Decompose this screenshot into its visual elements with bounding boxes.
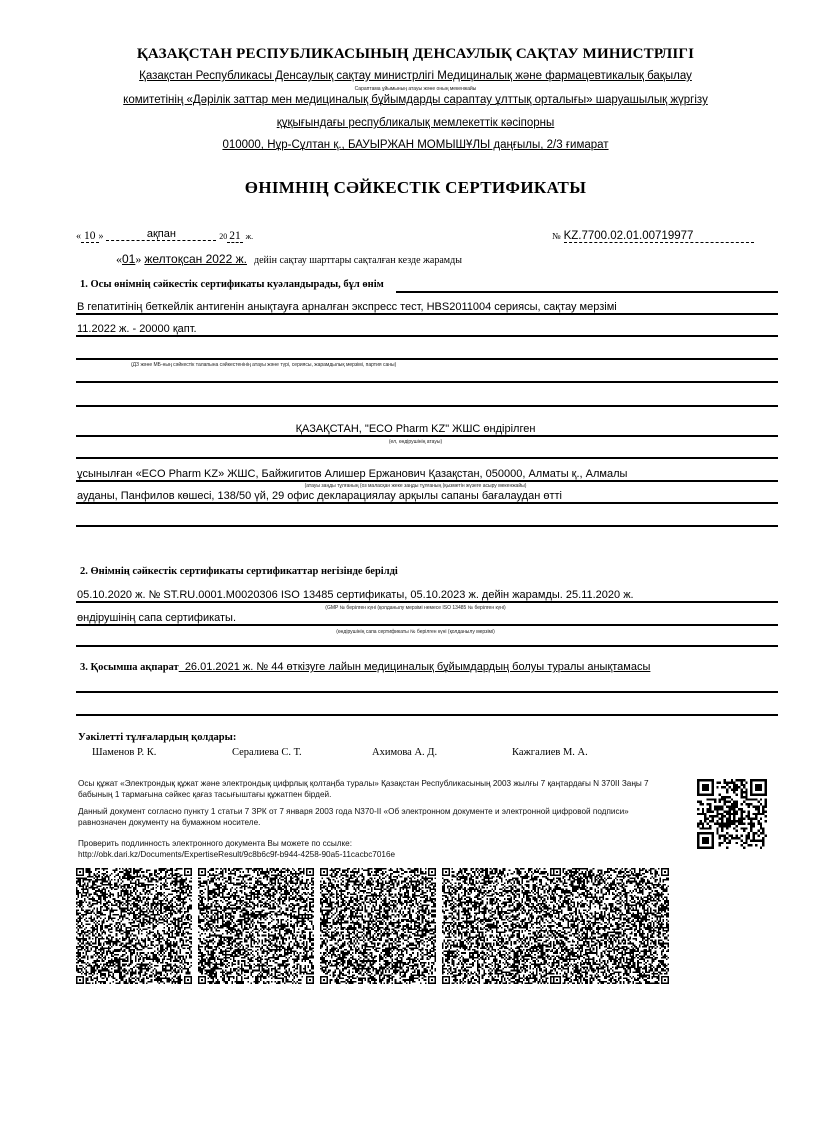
section2-heading: 2. Өнімнің сәйкестік сертификаты сертифи… bbox=[80, 566, 398, 577]
address-line: 010000, Нұр-Сұлтан қ., БАУЫРЖАН МОМЫШҰЛЫ… bbox=[0, 139, 831, 151]
validity-suffix: дейін сақтау шарттары сақталған кезде жа… bbox=[254, 255, 462, 266]
rule bbox=[76, 645, 778, 647]
section3-heading: 3. Қосымша ақпарат bbox=[80, 662, 179, 673]
year-suffix: ж. bbox=[246, 232, 254, 241]
validity-month-year: желтоқсан 2022 ж. bbox=[144, 252, 247, 266]
rule bbox=[76, 714, 778, 716]
applicant-caption: (атауы заңды тұлғаның (оз маласқан жеке … bbox=[0, 483, 831, 489]
validity-day: 01 bbox=[122, 252, 135, 266]
issue-day: 10 bbox=[81, 230, 99, 243]
qr-code-icon bbox=[320, 868, 436, 984]
number-label: № bbox=[552, 231, 561, 241]
qr-code-icon bbox=[76, 868, 192, 984]
manufacturer-caption: (ел, өндірушінің атауы) bbox=[0, 439, 831, 445]
product-line-1: В гепатитінің беткейлік антигенін анықта… bbox=[77, 301, 617, 313]
rule bbox=[76, 601, 778, 603]
rule bbox=[76, 405, 778, 407]
validity: «01» желтоқсан 2022 ж. дейін сақтау шарт… bbox=[116, 252, 462, 267]
rule bbox=[76, 502, 778, 504]
rule bbox=[76, 624, 778, 626]
committee-caption: Сараптама ұйымының атауы және оның мекен… bbox=[0, 86, 831, 92]
number-value: KZ.7700.02.01.00719977 bbox=[564, 230, 754, 243]
section3-value: 26.01.2021 ж. № 44 өткізуге лайын медици… bbox=[179, 661, 651, 673]
signatory-2: Сералиева С. Т. bbox=[232, 747, 302, 758]
rule bbox=[76, 335, 778, 337]
rule bbox=[76, 480, 778, 482]
verify-label: Проверить подлинность электронного докум… bbox=[78, 838, 678, 849]
issue-date: «10» ақпан 2021 ж. bbox=[76, 228, 253, 243]
rule bbox=[76, 358, 778, 360]
legal-note-kazakh: Осы құжат «Электрондық құжат және электр… bbox=[78, 778, 678, 800]
quote-close: » bbox=[99, 231, 104, 242]
verify-link[interactable]: http://obk.dari.kz/Documents/ExpertiseRe… bbox=[78, 849, 678, 860]
manufacturer: ҚАЗАҚСТАН, "ECO Pharm KZ" ЖШС өндірілген bbox=[0, 423, 831, 435]
rule bbox=[76, 457, 778, 459]
legal-note-russian: Данный документ согласно пункту 1 статьи… bbox=[78, 806, 678, 828]
issue-year: 21 bbox=[227, 230, 243, 243]
rule bbox=[76, 525, 778, 527]
certificate-number: № KZ.7700.02.01.00719977 bbox=[552, 228, 754, 243]
certificate-title: ӨНІМНІҢ СӘЙКЕСТІК СЕРТИФИКАТЫ bbox=[0, 178, 831, 198]
qr-code-icon bbox=[198, 868, 314, 984]
applicant-line-1: ұсынылған «ECO Pharm KZ» ЖШС, Байжигитов… bbox=[77, 468, 627, 480]
signatory-3: Ахимова А. Д. bbox=[372, 747, 437, 758]
basis-caption-1: (GMP № берілген күні (қолданылу мерзімі … bbox=[0, 605, 831, 611]
applicant-line-2: ауданы, Панфилов көшесі, 138/50 үй, 29 о… bbox=[77, 490, 562, 502]
qr-code-icon bbox=[553, 868, 669, 984]
signatures-heading: Уәкілетті тұлғалардың қолдары: bbox=[78, 732, 236, 743]
section1-heading: 1. Осы өнімнің сәйкестік сертификаты куә… bbox=[80, 279, 384, 290]
committee-line-3: құқығындағы республикалық мемлекеттік кә… bbox=[0, 117, 831, 129]
rule bbox=[76, 313, 778, 315]
rule bbox=[76, 691, 778, 693]
qr-code-icon bbox=[442, 868, 558, 984]
committee-line-1: Қазақстан Республикасы Денсаулық сақтау … bbox=[0, 70, 831, 82]
committee-line-2: комитетінің «Дәрілік заттар мен медицина… bbox=[0, 94, 831, 106]
signatory-4: Кажгалиев М. А. bbox=[512, 747, 588, 758]
qr-code-icon bbox=[697, 779, 767, 849]
rule bbox=[76, 381, 778, 383]
product-caption: (ДЗ және МБ-ның сәйкестік талапына сәйке… bbox=[131, 362, 396, 368]
product-line-2: 11.2022 ж. - 20000 қапт. bbox=[77, 323, 197, 335]
basis-line-2: өндірушінің сапа сертификаты. bbox=[77, 612, 236, 624]
basis-caption-2: (өндірушінің сапа сертификаты № берілген… bbox=[0, 629, 831, 635]
section3: 3. Қосымша ақпарат 26.01.2021 ж. № 44 өт… bbox=[80, 657, 650, 675]
basis-line-1: 05.10.2020 ж. № ST.RU.0001.M0020306 ISO … bbox=[77, 589, 634, 601]
signatory-1: Шаменов Р. К. bbox=[92, 747, 156, 758]
year-prefix: 20 bbox=[219, 232, 227, 241]
rule bbox=[76, 435, 778, 437]
ministry-title: ҚАЗАҚСТАН РЕСПУБЛИКАСЫНЫҢ ДЕНСАУЛЫҚ САҚТ… bbox=[0, 46, 831, 63]
section1-heading-rule bbox=[396, 291, 778, 293]
issue-month: ақпан bbox=[106, 228, 216, 241]
